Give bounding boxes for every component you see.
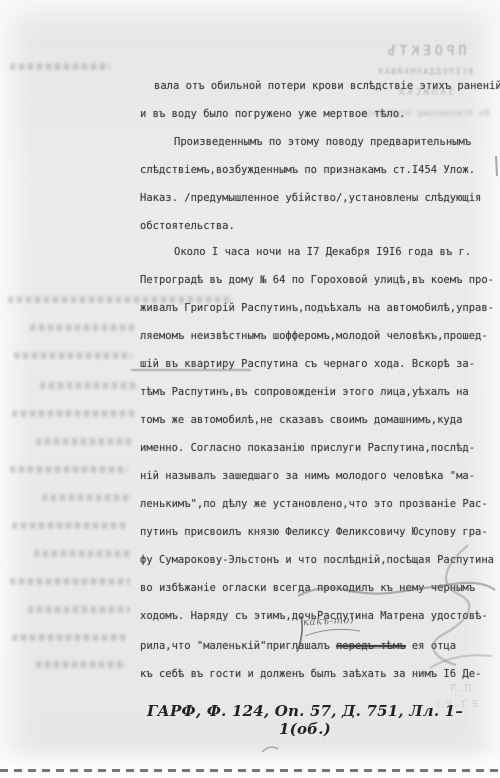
typed-line: живалъ Григорій Распутинъ,подъѣхалъ на а… bbox=[140, 294, 494, 322]
typed-line: именно. Согласно показанію прислуги Расп… bbox=[140, 434, 475, 462]
typed-line: и въ воду было погружено уже мертвое тѣл… bbox=[140, 100, 406, 128]
typed-text-block: вала отъ обильной потери крови вслѣдстві… bbox=[0, 0, 500, 778]
typed-line: Около І часа ночи на І7 Декабря І9І6 год… bbox=[174, 238, 471, 266]
edit-line-post: ея отца bbox=[406, 640, 457, 652]
typed-line: ленькимъ",по дѣлу же установлено,что это… bbox=[140, 490, 488, 518]
typed-line: Петроградѣ въ дому № 64 по Гороховой ули… bbox=[140, 266, 494, 294]
struck-text: передъ тѣмъ bbox=[336, 640, 406, 652]
typed-line: фу Сумарокову-Эльстонъ и что послѣдній,п… bbox=[140, 546, 494, 574]
typed-line: ній называлъ зашедшаго за нимъ молодого … bbox=[140, 462, 475, 490]
edit-line-pre: рила,что "маленькій" bbox=[140, 640, 266, 652]
typed-line: тѣмъ Распутинъ,въ сопровожденіи этого ли… bbox=[140, 378, 469, 406]
typed-line: обстоятельства. bbox=[140, 212, 235, 240]
typed-line: шій въ квартиру Распутина съ чернаго ход… bbox=[140, 350, 475, 378]
typed-line: Произведеннымъ по этому поводу предварит… bbox=[174, 128, 471, 156]
typed-line: во избѣжаніе огласки всегда проходилъ къ… bbox=[140, 574, 475, 602]
typed-line: Наказ. /предумышленное убійство/,установ… bbox=[140, 184, 481, 212]
edit-line-mid: приглашалъ bbox=[266, 640, 336, 652]
typed-line: путинъ присвоилъ князю Феликсу Феликсови… bbox=[140, 518, 488, 546]
typed-line: ляемомъ неизвѣстнымъ шофферомъ,молодой ч… bbox=[140, 322, 488, 350]
typed-line: вала отъ обильной потери крови вслѣдстві… bbox=[154, 72, 500, 100]
document-scan: ПРОЕКТЪ ВСЕПОДДАННѢЙШАЯ ЗАПИСКА Въ Уголо… bbox=[0, 0, 500, 778]
typed-line: слѣдствіемъ,возбужденнымъ по признакамъ … bbox=[140, 156, 475, 184]
typed-line: томъ же автомобилѣ,не сказавъ своимъ дом… bbox=[140, 406, 462, 434]
typed-line: къ себѣ въ гости и долженъ былъ заѣхать … bbox=[140, 660, 481, 688]
underline-mark bbox=[131, 369, 251, 371]
typed-line-with-edit: рила,что "маленькій"приглашалъ передъ тѣ… bbox=[140, 632, 456, 660]
